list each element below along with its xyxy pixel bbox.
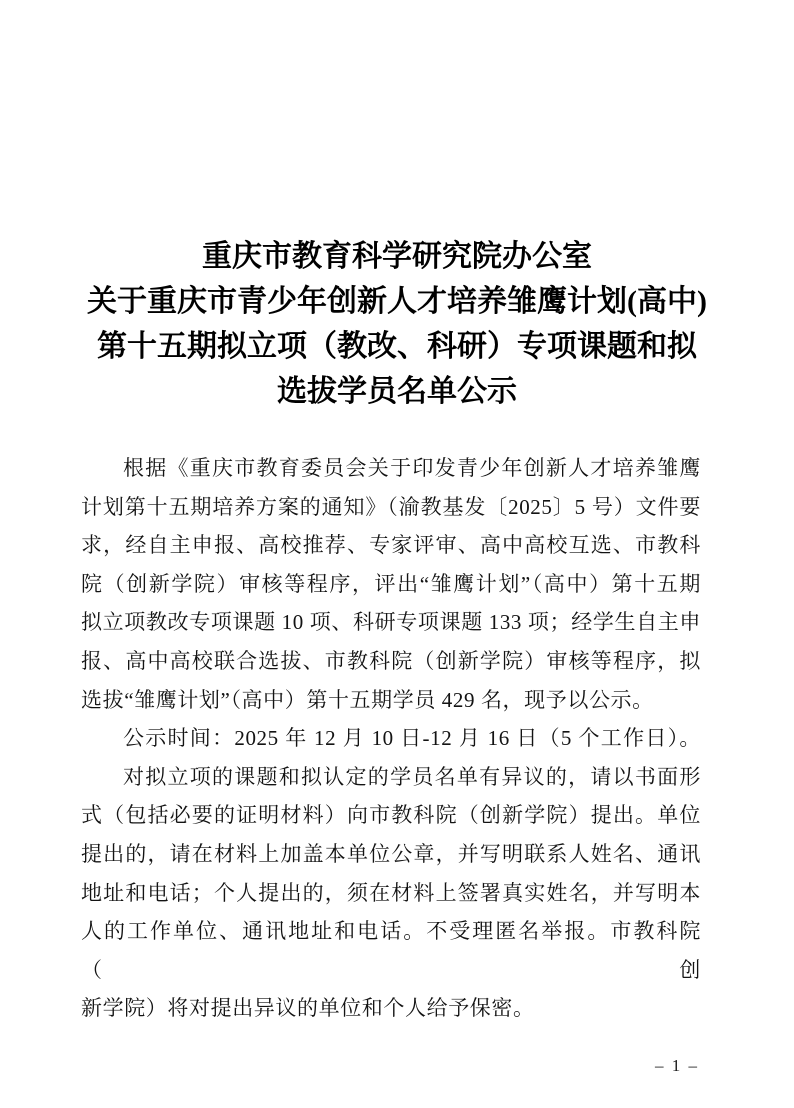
paragraph: 公示时间：2025 年 12 月 10 日-12 月 16 日（5 个工作日）。 bbox=[81, 719, 701, 758]
body-line: 公示时间：2025 年 12 月 10 日-12 月 16 日（5 个工作日）。 bbox=[81, 719, 701, 758]
title-line: 第十五期拟立项（教改、科研）专项课题和拟 bbox=[0, 324, 794, 369]
body-line: 人的工作单位、通讯地址和电话。不受理匿名举报。市教科院（创 bbox=[81, 912, 701, 989]
document-title: 重庆市教育科学研究院办公室关于重庆市青少年创新人才培养雏鹰计划(高中)第十五期拟… bbox=[0, 234, 794, 414]
body-line: 报、高中高校联合选拔、市教科院（创新学院）审核等程序，拟 bbox=[81, 642, 701, 681]
body-line: 求，经自主申报、高校推荐、专家评审、高中高校互选、市教科 bbox=[81, 526, 701, 565]
body-line: 式（包括必要的证明材料）向市教科院（创新学院）提出。单位 bbox=[81, 796, 701, 835]
body-line: 根据《重庆市教育委员会关于印发青少年创新人才培养雏鹰 bbox=[81, 449, 701, 488]
title-line: 重庆市教育科学研究院办公室 bbox=[0, 234, 794, 279]
body-line: 对拟立项的课题和拟认定的学员名单有异议的，请以书面形 bbox=[81, 758, 701, 797]
body-line: 提出的，请在材料上加盖本单位公章，并写明联系人姓名、通讯 bbox=[81, 835, 701, 874]
body-line: 新学院）将对提出异议的单位和个人给予保密。 bbox=[81, 989, 701, 1028]
page-number: – 1 – bbox=[655, 1056, 699, 1076]
body-line: 地址和电话；个人提出的，须在材料上签署真实姓名，并写明本 bbox=[81, 874, 701, 913]
body-line: 计划第十五期培养方案的通知》（渝教基发〔2025〕5 号）文件要 bbox=[81, 488, 701, 527]
body-line: 选拔“雏鹰计划”（高中）第十五期学员 429 名，现予以公示。 bbox=[81, 681, 701, 720]
title-line: 选拔学员名单公示 bbox=[0, 369, 794, 414]
document-body: 根据《重庆市教育委员会关于印发青少年创新人才培养雏鹰计划第十五期培养方案的通知》… bbox=[81, 449, 701, 1028]
body-line: 院（创新学院）审核等程序，评出“雏鹰计划”（高中）第十五期 bbox=[81, 565, 701, 604]
paragraph: 对拟立项的课题和拟认定的学员名单有异议的，请以书面形式（包括必要的证明材料）向市… bbox=[81, 758, 701, 1028]
body-line: 拟立项教改专项课题 10 项、科研专项课题 133 项；经学生自主申 bbox=[81, 603, 701, 642]
paragraph: 根据《重庆市教育委员会关于印发青少年创新人才培养雏鹰计划第十五期培养方案的通知》… bbox=[81, 449, 701, 719]
title-line: 关于重庆市青少年创新人才培养雏鹰计划(高中) bbox=[0, 279, 794, 324]
document-page: 重庆市教育科学研究院办公室关于重庆市青少年创新人才培养雏鹰计划(高中)第十五期拟… bbox=[0, 0, 794, 1108]
